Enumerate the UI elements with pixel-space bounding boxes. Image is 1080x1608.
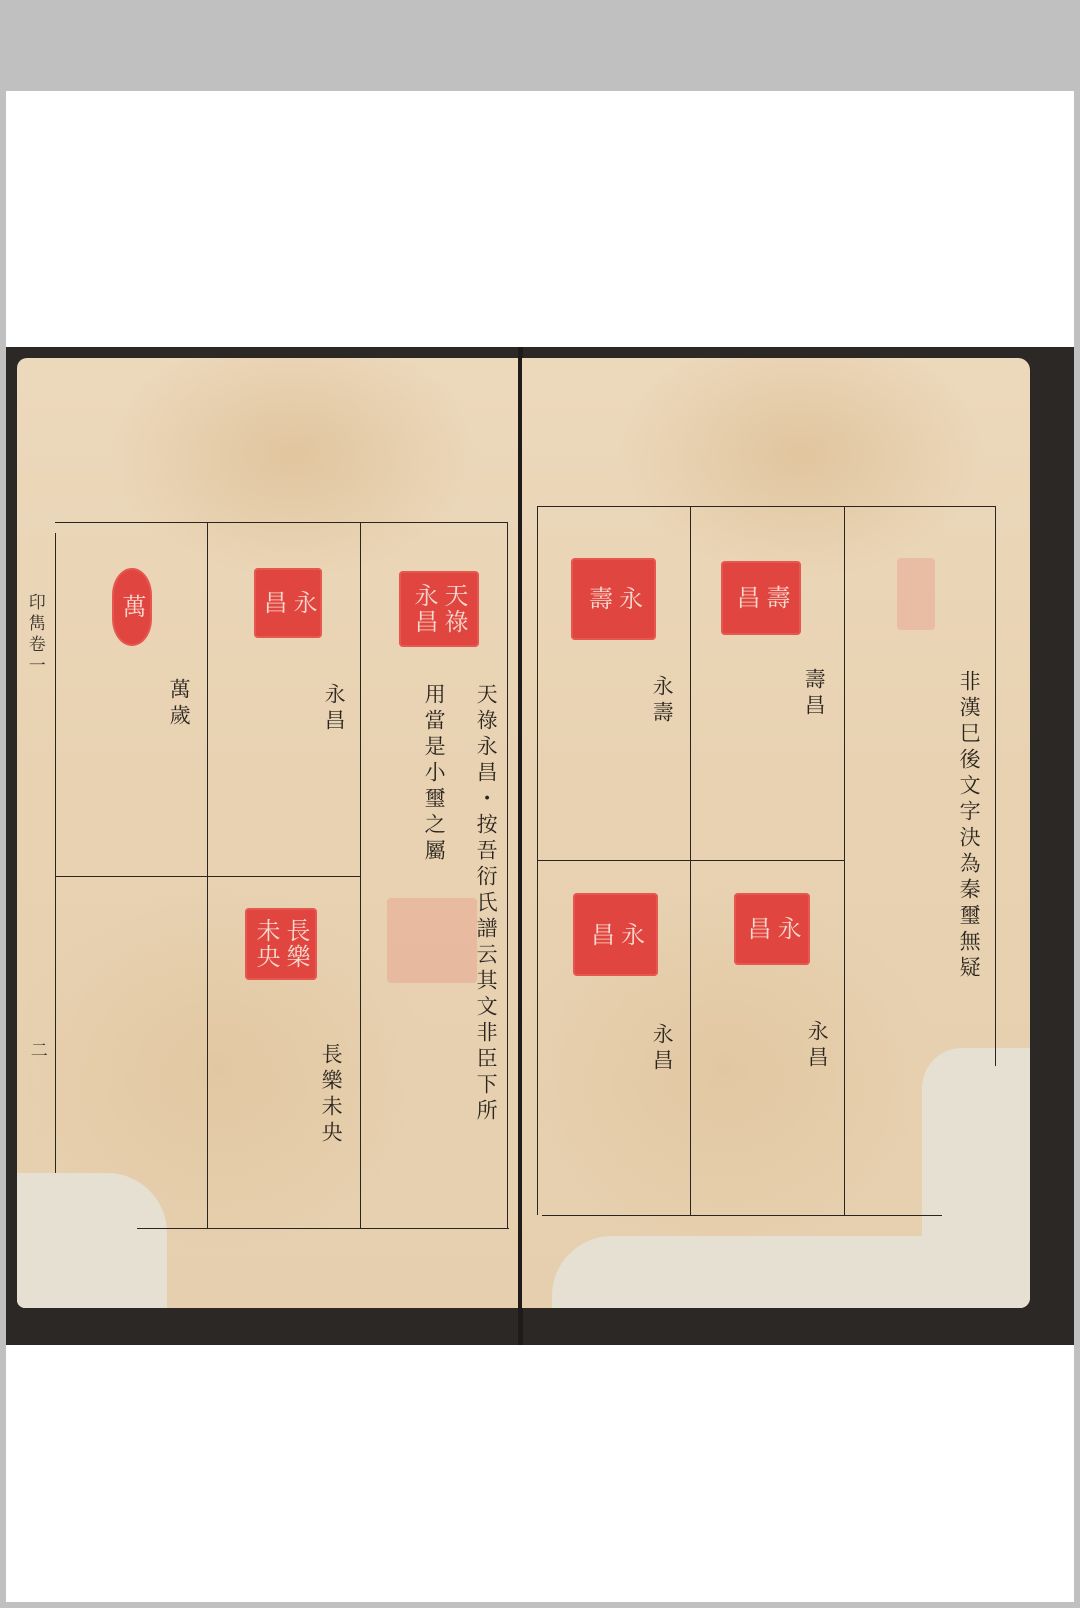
grid-col-2 — [844, 506, 845, 1215]
seal-yongchang-2: 永昌 — [573, 893, 658, 976]
caption-changle-weiyang: 長樂未央 — [319, 1043, 342, 1147]
grid-col-2 — [360, 522, 361, 1228]
book-scan: 印雋卷一 二 萬 萬歲 永昌 永昌 天祿永昌 天祿永昌・按吾衍氏譜云其文非臣下所… — [6, 347, 1074, 1345]
caption-yongshou: 永壽 — [650, 675, 673, 727]
grid-bottom — [542, 1215, 942, 1216]
caption-yongchang-3: 永昌 — [805, 1020, 828, 1072]
faded-seal-offset — [387, 898, 477, 983]
margin-rule — [55, 533, 56, 1173]
page-number: 二 — [27, 1041, 46, 1062]
left-page: 印雋卷一 二 萬 萬歲 永昌 永昌 天祿永昌 天祿永昌・按吾衍氏譜云其文非臣下所… — [17, 358, 519, 1308]
grid-col-1 — [207, 522, 208, 1228]
seal-yongshou: 永壽 — [571, 558, 656, 640]
paper-damage-right — [922, 1048, 1030, 1248]
grid-right — [507, 522, 508, 1228]
grid-top — [537, 506, 995, 507]
caption-wansui: 萬歲 — [167, 678, 190, 730]
seal-yongchang: 永昌 — [254, 568, 322, 638]
grid-top — [55, 522, 507, 523]
caption-yongchang-2: 永昌 — [650, 1023, 673, 1075]
faded-seal-offset — [897, 558, 935, 630]
commentary-col-1: 天祿永昌・按吾衍氏譜云其文非臣下所 — [474, 683, 497, 1125]
caption-shouchang: 壽昌 — [802, 668, 825, 720]
seal-tianlu-yongchang: 天祿永昌 — [399, 571, 479, 647]
right-page: 永壽 永壽 壽昌 壽昌 非漢巳後文字決為秦璽無疑 永昌 永昌 永昌 永昌 — [522, 358, 1030, 1308]
paper-damage — [17, 1173, 167, 1308]
seal-yongchang-3: 永昌 — [734, 893, 810, 965]
commentary-col: 非漢巳後文字決為秦璽無疑 — [957, 670, 980, 982]
seal-changle-weiyang: 長樂未央 — [245, 908, 317, 980]
grid-row-divider — [55, 876, 360, 877]
grid-bottom — [137, 1228, 509, 1229]
grid-row-divider — [537, 860, 844, 861]
commentary-col-2: 用當是小璽之屬 — [422, 683, 445, 865]
grid-right — [995, 506, 996, 1066]
seal-shouchang: 壽昌 — [721, 561, 801, 635]
margin-title: 印雋卷一 — [25, 593, 44, 677]
caption-yongchang: 永昌 — [322, 683, 345, 735]
seal-wansui: 萬 — [112, 568, 152, 646]
